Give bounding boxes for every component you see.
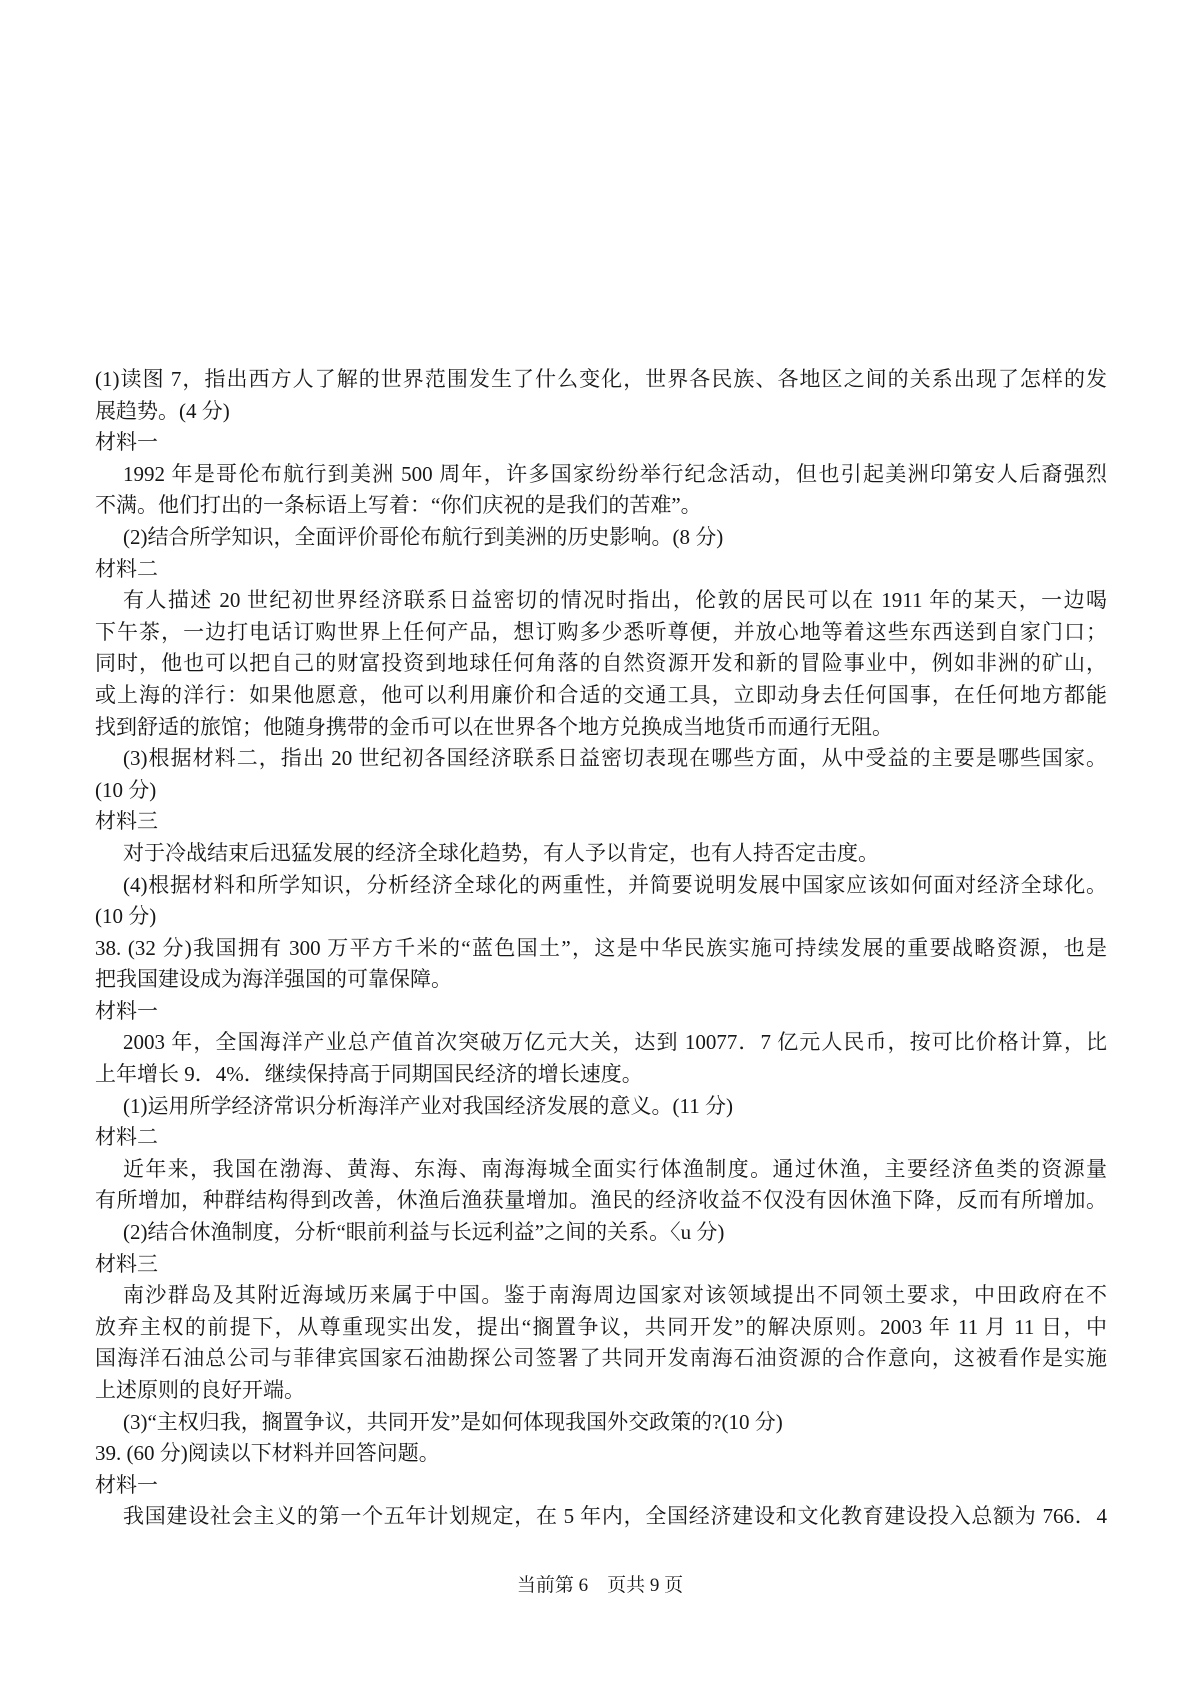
text-line: 近年来，我国在渤海、黄海、东海、南海海城全面实行体渔制度。通过休渔，主要经济鱼类… — [95, 1154, 1107, 1186]
text-line: (3)“主权归我，搁置争议，共同开发”是如何体现我国外交政策的?(10 分) — [95, 1407, 1107, 1439]
text-line: (3)根据材料二，指出 20 世纪初各国经济联系日益密切表现在哪些方面，从中受益… — [95, 743, 1107, 775]
text-line: 材料二 — [95, 1122, 1107, 1154]
text-line: 1992 年是哥伦布航行到美洲 500 周年，许多国家纷纷举行纪念活动，但也引起… — [95, 459, 1107, 491]
page-footer: 当前第 6 页共 9 页 — [0, 1570, 1200, 1597]
text-line: (2)结合所学知识，全面评价哥伦布航行到美洲的历史影响。(8 分) — [95, 522, 1107, 554]
text-line: 找到舒适的旅馆；他随身携带的金币可以在世界各个地方兑换成当地货币而通行无阻。 — [95, 712, 1107, 744]
text-line: 下午茶，一边打电话订购世界上任何产品，想订购多少悉听尊便，并放心地等着这些东西送… — [95, 617, 1107, 649]
text-line: (10 分) — [95, 775, 1107, 807]
text-line: (4)根据材料和所学知识，分析经济全球化的两重性，并简要说明发展中国家应该如何面… — [95, 870, 1107, 902]
text-line: 南沙群岛及其附近海域历来属于中国。鉴于南海周边国家对该领域提出不同领土要求，中田… — [95, 1280, 1107, 1312]
text-line: (2)结合休渔制度，分析“眼前利益与长远利益”之间的关系。〈u 分) — [95, 1217, 1107, 1249]
exam-text-block: (1)读图 7，指出西方人了解的世界范围发生了什么变化，世界各民族、各地区之间的… — [95, 364, 1107, 1533]
text-line: (1)运用所学经济常识分析海洋产业对我国经济发展的意义。(11 分) — [95, 1091, 1107, 1123]
text-line: 对于冷战结束后迅猛发展的经济全球化趋势，有人予以肯定，也有人持否定击度。 — [95, 838, 1107, 870]
text-line: 上述原则的良好开端。 — [95, 1375, 1107, 1407]
text-line: 不满。他们打出的一条标语上写着：“你们庆祝的是我们的苦难”。 — [95, 490, 1107, 522]
text-line: 我国建设社会主义的第一个五年计划规定，在 5 年内，全国经济建设和文化教育建设投… — [95, 1501, 1107, 1533]
text-line: 材料二 — [95, 554, 1107, 586]
text-line: 38. (32 分)我国拥有 300 万平方千米的“蓝色国土”，这是中华民族实施… — [95, 933, 1107, 965]
text-line: 展趋势。(4 分) — [95, 396, 1107, 428]
document-page: (1)读图 7，指出西方人了解的世界范围发生了什么变化，世界各民族、各地区之间的… — [0, 0, 1200, 1698]
text-line: 国海洋石油总公司与菲律宾国家石油勘探公司签署了共同开发南海石油资源的合作意向，这… — [95, 1343, 1107, 1375]
text-line: 39. (60 分)阅读以下材料并回答问题。 — [95, 1438, 1107, 1470]
text-line: 2003 年，全国海洋产业总产值首次突破万亿元大关，达到 10077．7 亿元人… — [95, 1027, 1107, 1059]
text-line: (10 分) — [95, 901, 1107, 933]
text-line: 有所增加，种群结构得到改善，休渔后渔获量增加。渔民的经济收益不仅没有因休渔下降，… — [95, 1185, 1107, 1217]
text-line: 或上海的洋行：如果他愿意，他可以利用廉价和合适的交通工具，立即动身去任何国事，在… — [95, 680, 1107, 712]
text-line: 放弃主权的前提下，从尊重现实出发，提出“搁置争议，共同开发”的解决原则。2003… — [95, 1312, 1107, 1344]
text-line: 材料一 — [95, 427, 1107, 459]
text-line: 同时，他也可以把自己的财富投资到地球任何角落的自然资源开发和新的冒险事业中，例如… — [95, 648, 1107, 680]
text-line: 材料三 — [95, 1249, 1107, 1281]
text-line: 材料三 — [95, 806, 1107, 838]
text-line: 材料一 — [95, 996, 1107, 1028]
text-line: 材料一 — [95, 1470, 1107, 1502]
text-line: 有人描述 20 世纪初世界经济联系日益密切的情况时指出，伦敦的居民可以在 191… — [95, 585, 1107, 617]
text-line: 上年增长 9．4%．继续保持高于同期国民经济的增长速度。 — [95, 1059, 1107, 1091]
text-line: (1)读图 7，指出西方人了解的世界范围发生了什么变化，世界各民族、各地区之间的… — [95, 364, 1107, 396]
text-line: 把我国建设成为海洋强国的可靠保障。 — [95, 964, 1107, 996]
